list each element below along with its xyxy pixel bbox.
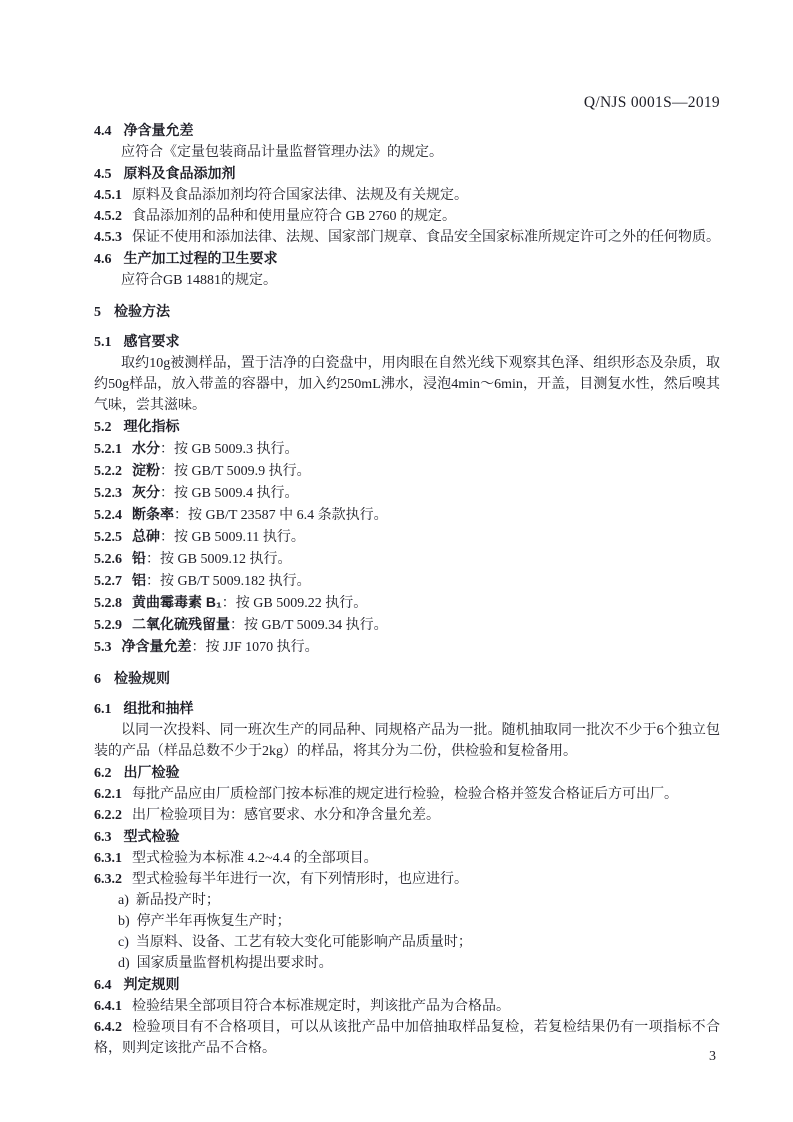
clause: 5.2.8黄曲霉毒素 B₁：按 GB 5009.22 执行。: [94, 592, 720, 614]
clause-text: ：按 GB/T 5009.9 执行。: [160, 464, 311, 479]
list-item-marker: b): [118, 914, 130, 929]
clause: 6.3.1型式检验为本标准 4.2~4.4 的全部项目。: [94, 848, 720, 869]
subsection-heading: 6.2出厂检验: [94, 762, 720, 784]
clause-number: 5.2.9: [94, 618, 122, 633]
clause-term: 断条率: [132, 506, 174, 522]
clause-number: 6.2.2: [94, 808, 122, 823]
clause-term: 灰分: [132, 484, 160, 500]
paragraph: 应符合GB 14881的规定。: [94, 270, 720, 291]
clause: 6.3.2型式检验每半年进行一次，有下列情形时，也应进行。: [94, 869, 720, 890]
section-heading: 5检验方法: [94, 301, 720, 323]
clause-text: 感官要求: [124, 333, 180, 349]
page-number: 3: [94, 1046, 716, 1067]
clause-number: 5.1: [94, 335, 112, 350]
clause-text: 应符合《定量包装商品计量监督管理办法》的规定。: [121, 145, 443, 160]
clause-term: 净含量允差: [122, 638, 192, 654]
subsection-heading: 6.4判定规则: [94, 974, 720, 996]
clause: 6.2.2出厂检验项目为：感官要求、水分和净含量允差。: [94, 805, 720, 826]
clause-text: 取约10g被测样品，置于洁净的白瓷盘中，用肉眼在自然光线下观察其色泽、组织形态及…: [94, 356, 720, 413]
clause-number: 4.5.3: [94, 230, 122, 245]
list-item: c)当原料、设备、工艺有较大变化可能影响产品质量时；: [94, 932, 720, 953]
subsection-heading: 4.4净含量允差: [94, 120, 720, 142]
subsection-heading: 6.1组批和抽样: [94, 698, 720, 720]
clause-term: 铅: [132, 550, 146, 566]
clause-text: 以同一次投料、同一班次生产的同品种、同规格产品为一批。随机抽取同一批次不少于6个…: [94, 723, 720, 759]
clause-number: 5.2: [94, 420, 112, 435]
clause-text: 检验结果全部项目符合本标准规定时，判该批产品为合格品。: [132, 999, 510, 1014]
clause-text: ：按 JJF 1070 执行。: [192, 640, 319, 655]
clause-number: 5.2.1: [94, 442, 122, 457]
clause-text: 原料及食品添加剂均符合国家法律、法规及有关规定。: [132, 188, 468, 203]
clause-number: 5.2.6: [94, 552, 122, 567]
clause-text: ：按 GB/T 23587 中 6.4 条款执行。: [174, 508, 388, 523]
clause-number: 5.2.8: [94, 596, 122, 611]
clause-text: 出厂检验项目为：感官要求、水分和净含量允差。: [132, 808, 440, 823]
clause-number: 4.5: [94, 167, 112, 182]
clause-text: 应符合GB 14881的规定。: [121, 273, 277, 288]
clause: 4.5.1原料及食品添加剂均符合国家法律、法规及有关规定。: [94, 185, 720, 206]
standard-document-page: Q/NJS 0001S—2019 4.4净含量允差应符合《定量包装商品计量监督管…: [0, 0, 793, 1122]
clause-text: 生产加工过程的卫生要求: [124, 250, 278, 266]
clause-number: 6.4.2: [94, 1020, 122, 1035]
clause-text: 型式检验为本标准 4.2~4.4 的全部项目。: [132, 851, 378, 866]
clause-term: 总砷: [132, 528, 160, 544]
clause-term: 二氧化硫残留量: [132, 616, 230, 632]
clause-text: ：按 GB 5009.12 执行。: [146, 552, 291, 567]
clause-text: 国家质量监督机构提出要求时。: [137, 956, 333, 971]
clause-number: 5.2.5: [94, 530, 122, 545]
list-item-marker: a): [118, 893, 129, 908]
list-item: d)国家质量监督机构提出要求时。: [94, 953, 720, 974]
clause-number: 4.6: [94, 252, 112, 267]
clause-number: 5.2.2: [94, 464, 122, 479]
subsection-heading: 4.5原料及食品添加剂: [94, 163, 720, 185]
clause-text: ：按 GB/T 5009.34 执行。: [230, 618, 388, 633]
clause: 5.2.4断条率：按 GB/T 23587 中 6.4 条款执行。: [94, 504, 720, 526]
clause: 6.4.1检验结果全部项目符合本标准规定时，判该批产品为合格品。: [94, 996, 720, 1017]
clause-number: 6.4: [94, 978, 112, 993]
clause-number: 6.2.1: [94, 787, 122, 802]
clause-text: 检验方法: [114, 303, 170, 319]
subsection-heading: 5.2理化指标: [94, 416, 720, 438]
clause-number: 5.2.3: [94, 486, 122, 501]
clause-number: 5.3: [94, 640, 112, 655]
list-item-marker: d): [118, 956, 130, 971]
document-body: 4.4净含量允差应符合《定量包装商品计量监督管理办法》的规定。4.5原料及食品添…: [94, 120, 720, 1059]
clause-text: 判定规则: [124, 976, 180, 992]
clause-number: 6.3.2: [94, 872, 122, 887]
clause: 5.3净含量允差：按 JJF 1070 执行。: [94, 636, 720, 658]
clause-text: 当原料、设备、工艺有较大变化可能影响产品质量时；: [136, 935, 472, 950]
clause-text: ：按 GB 5009.3 执行。: [160, 442, 298, 457]
clause-text: 检验规则: [114, 670, 170, 686]
clause: 5.2.9二氧化硫残留量：按 GB/T 5009.34 执行。: [94, 614, 720, 636]
clause-text: 保证不使用和添加法律、法规、国家部门规章、食品安全国家标准所规定许可之外的任何物…: [132, 230, 720, 245]
subsection-heading: 6.3型式检验: [94, 826, 720, 848]
list-item: a)新品投产时；: [94, 890, 720, 911]
clause-number: 6.3: [94, 830, 112, 845]
list-item: b)停产半年再恢复生产时；: [94, 911, 720, 932]
clause: 4.5.2食品添加剂的品种和使用量应符合 GB 2760 的规定。: [94, 206, 720, 227]
clause-term: 黄曲霉毒素 B₁: [132, 594, 222, 610]
clause-text: 新品投产时；: [136, 893, 220, 908]
clause-text: 理化指标: [124, 418, 180, 434]
clause: 5.2.3灰分：按 GB 5009.4 执行。: [94, 482, 720, 504]
clause-number: 6: [94, 672, 101, 687]
clause-text: 原料及食品添加剂: [124, 165, 236, 181]
clause-term: 铝: [132, 572, 146, 588]
list-item-marker: c): [118, 935, 129, 950]
subsection-heading: 5.1感官要求: [94, 331, 720, 353]
paragraph: 应符合《定量包装商品计量监督管理办法》的规定。: [94, 142, 720, 163]
clause-text: ：按 GB 5009.11 执行。: [160, 530, 305, 545]
paragraph: 取约10g被测样品，置于洁净的白瓷盘中，用肉眼在自然光线下观察其色泽、组织形态及…: [94, 353, 720, 416]
clause: 5.2.7铝：按 GB/T 5009.182 执行。: [94, 570, 720, 592]
clause-term: 水分: [132, 440, 160, 456]
clause: 5.2.6铅：按 GB 5009.12 执行。: [94, 548, 720, 570]
clause-number: 4.5.1: [94, 188, 122, 203]
clause-term: 淀粉: [132, 462, 160, 478]
clause: 4.5.3保证不使用和添加法律、法规、国家部门规章、食品安全国家标准所规定许可之…: [94, 227, 720, 248]
clause-text: 组批和抽样: [124, 700, 194, 716]
clause: 6.2.1每批产品应由厂质检部门按本标准的规定进行检验，检验合格并签发合格证后方…: [94, 784, 720, 805]
subsection-heading: 4.6生产加工过程的卫生要求: [94, 248, 720, 270]
clause-number: 6.2: [94, 766, 112, 781]
clause-text: 食品添加剂的品种和使用量应符合 GB 2760 的规定。: [132, 209, 456, 224]
clause: 5.2.5总砷：按 GB 5009.11 执行。: [94, 526, 720, 548]
clause-text: ：按 GB 5009.4 执行。: [160, 486, 298, 501]
clause-number: 4.5.2: [94, 209, 122, 224]
section-heading: 6检验规则: [94, 668, 720, 690]
clause-number: 6.4.1: [94, 999, 122, 1014]
clause: 5.2.2淀粉：按 GB/T 5009.9 执行。: [94, 460, 720, 482]
clause-number: 6.3.1: [94, 851, 122, 866]
paragraph: 以同一次投料、同一班次生产的同品种、同规格产品为一批。随机抽取同一批次不少于6个…: [94, 720, 720, 762]
clause-number: 4.4: [94, 124, 112, 139]
clause-text: ：按 GB 5009.22 执行。: [222, 596, 367, 611]
clause-text: ：按 GB/T 5009.182 执行。: [146, 574, 311, 589]
clause-text: 停产半年再恢复生产时；: [137, 914, 291, 929]
clause-number: 5.2.7: [94, 574, 122, 589]
clause-number: 6.1: [94, 702, 112, 717]
clause-number: 5.2.4: [94, 508, 122, 523]
clause-text: 每批产品应由厂质检部门按本标准的规定进行检验，检验合格并签发合格证后方可出厂。: [132, 787, 678, 802]
clause-text: 出厂检验: [124, 764, 180, 780]
clause-text: 净含量允差: [124, 122, 194, 138]
clause-text: 型式检验每半年进行一次，有下列情形时，也应进行。: [132, 872, 468, 887]
document-code-header: Q/NJS 0001S—2019: [94, 93, 720, 112]
clause-number: 5: [94, 305, 101, 320]
clause: 5.2.1水分：按 GB 5009.3 执行。: [94, 438, 720, 460]
clause-text: 型式检验: [124, 828, 180, 844]
